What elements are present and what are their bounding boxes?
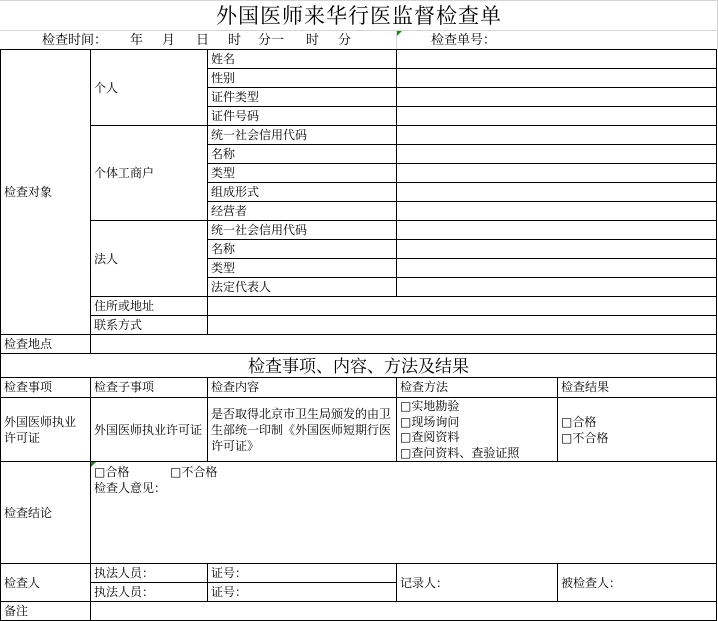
conclusion-label-text: 检查结论 xyxy=(4,504,52,522)
subject-label: 检查对象 xyxy=(0,49,91,335)
name-input[interactable] xyxy=(396,49,717,69)
recorder-field[interactable]: 记录人： xyxy=(396,563,558,602)
conclusion-area[interactable]: □合格 □不合格 检查人意见： xyxy=(90,461,717,564)
field-label: 类型 xyxy=(207,258,397,278)
result-checkbox-pass[interactable]: □合格 xyxy=(561,414,608,430)
inspection-time-label: 检查时间： xyxy=(42,30,107,49)
id-number-label-1: 证号： xyxy=(207,563,397,583)
field-label: 名称 xyxy=(207,144,397,164)
legal-entity-label-text: 法人 xyxy=(94,250,118,268)
location-label: 检查地点 xyxy=(0,334,91,354)
header-sub-item: 检查子事项 xyxy=(90,377,208,398)
comment-marker-icon xyxy=(397,31,402,36)
legal-entity-label: 法人 xyxy=(90,220,208,297)
entity-credit-code-input[interactable] xyxy=(396,220,717,240)
field-label: 类型 xyxy=(207,163,397,183)
gridline xyxy=(396,31,397,49)
table-row-item: 外国医师执业许可证 xyxy=(0,397,91,462)
sole-proprietor-label: 个体工商户 xyxy=(90,125,208,221)
inspected-party-field[interactable]: 被检查人： xyxy=(557,563,717,602)
result-checkbox-fail[interactable]: □不合格 xyxy=(561,430,608,446)
organization-form-input[interactable] xyxy=(396,182,717,202)
field-label: 法定代表人 xyxy=(207,277,397,297)
header-result: 检查结果 xyxy=(557,377,717,398)
remarks-input[interactable] xyxy=(90,601,717,621)
contact-label: 联系方式 xyxy=(90,315,208,335)
method-checkbox-review-documents[interactable]: □查阅资料 xyxy=(400,430,554,446)
field-label: 证件类型 xyxy=(207,87,397,107)
gridline xyxy=(0,30,718,31)
field-label: 组成形式 xyxy=(207,182,397,202)
header-item: 检查事项 xyxy=(0,377,91,398)
method-checkbox-site-survey[interactable]: □实地勘验 xyxy=(400,399,554,415)
location-input[interactable] xyxy=(90,334,717,354)
field-label: 统一社会信用代码 xyxy=(207,220,397,240)
conclusion-label: 检查结论 xyxy=(0,461,91,564)
sole-proprietor-label-text: 个体工商户 xyxy=(94,164,154,182)
form-number-label: 检查单号： xyxy=(431,30,496,49)
table-row-content: 是否取得北京市卫生局颁发的由卫生部统一印制《外国医师短期行医许可证》 xyxy=(207,397,397,462)
method-checkbox-verify-certificates[interactable]: □查问资料、查验证照 xyxy=(400,446,554,462)
legal-representative-input[interactable] xyxy=(396,277,717,297)
sub-item-text: 外国医师执业许可证 xyxy=(94,422,202,438)
inspector-label: 检查人 xyxy=(0,563,91,602)
id-number-input[interactable] xyxy=(396,106,717,126)
field-label: 证件号码 xyxy=(207,106,397,126)
address-label: 住所或地址 xyxy=(90,296,208,316)
hour-label: 时 xyxy=(228,30,241,49)
entity-name-input[interactable] xyxy=(396,239,717,259)
field-label: 名称 xyxy=(207,239,397,259)
field-label: 姓名 xyxy=(207,49,397,69)
minute-label-2: 分 xyxy=(338,30,351,49)
address-input[interactable] xyxy=(207,296,717,316)
remarks-label: 备注 xyxy=(0,601,91,621)
table-row-methods: □实地勘验 □现场询问 □查阅资料 □查问资料、查验证照 xyxy=(396,397,558,462)
table-row-results: □合格 □不合格 xyxy=(557,397,717,462)
individual-label: 个人 xyxy=(90,49,208,126)
year-label: 年 xyxy=(130,30,143,49)
business-name-input[interactable] xyxy=(396,144,717,164)
field-label: 性别 xyxy=(207,68,397,88)
method-checkbox-on-site-inquiry[interactable]: □现场询问 xyxy=(400,415,554,431)
recorder-label: 记录人： xyxy=(400,574,448,592)
header-method: 检查方法 xyxy=(396,377,558,398)
officer-label-1: 执法人员： xyxy=(90,563,208,583)
entity-type-input[interactable] xyxy=(396,258,717,278)
individual-label-text: 个人 xyxy=(94,79,118,97)
field-label: 经营者 xyxy=(207,201,397,221)
month-label: 月 xyxy=(162,30,175,49)
content-text: 是否取得北京市卫生局颁发的由卫生部统一印制《外国医师短期行医许可证》 xyxy=(211,406,393,454)
minute-label: 分一 xyxy=(258,30,284,49)
hour-label-2: 时 xyxy=(306,30,319,49)
conclusion-checkbox-pass[interactable]: □合格 xyxy=(94,464,170,480)
inspected-party-label: 被检查人： xyxy=(561,574,621,592)
id-type-input[interactable] xyxy=(396,87,717,107)
day-label: 日 xyxy=(196,30,209,49)
officer-label-2: 执法人员： xyxy=(90,582,208,602)
business-type-input[interactable] xyxy=(396,163,717,183)
credit-code-input[interactable] xyxy=(396,125,717,145)
field-label: 统一社会信用代码 xyxy=(207,125,397,145)
id-number-label-2: 证号： xyxy=(207,582,397,602)
subject-label-text: 检查对象 xyxy=(4,183,52,201)
inspector-opinion-label: 检查人意见： xyxy=(94,480,713,496)
table-row-sub-item: 外国医师执业许可证 xyxy=(90,397,208,462)
item-text: 外国医师执业许可证 xyxy=(4,414,87,446)
header-content: 检查内容 xyxy=(207,377,397,398)
inspector-label-text: 检查人 xyxy=(4,574,40,592)
conclusion-checkbox-fail[interactable]: □不合格 xyxy=(170,464,217,480)
page-title: 外国医师来华行医监督检查单 xyxy=(0,0,718,30)
comment-marker-icon xyxy=(91,462,96,467)
gender-input[interactable] xyxy=(396,68,717,88)
contact-input[interactable] xyxy=(207,315,717,335)
operator-input[interactable] xyxy=(396,201,717,221)
section-title: 检查事项、内容、方法及结果 xyxy=(0,353,717,378)
